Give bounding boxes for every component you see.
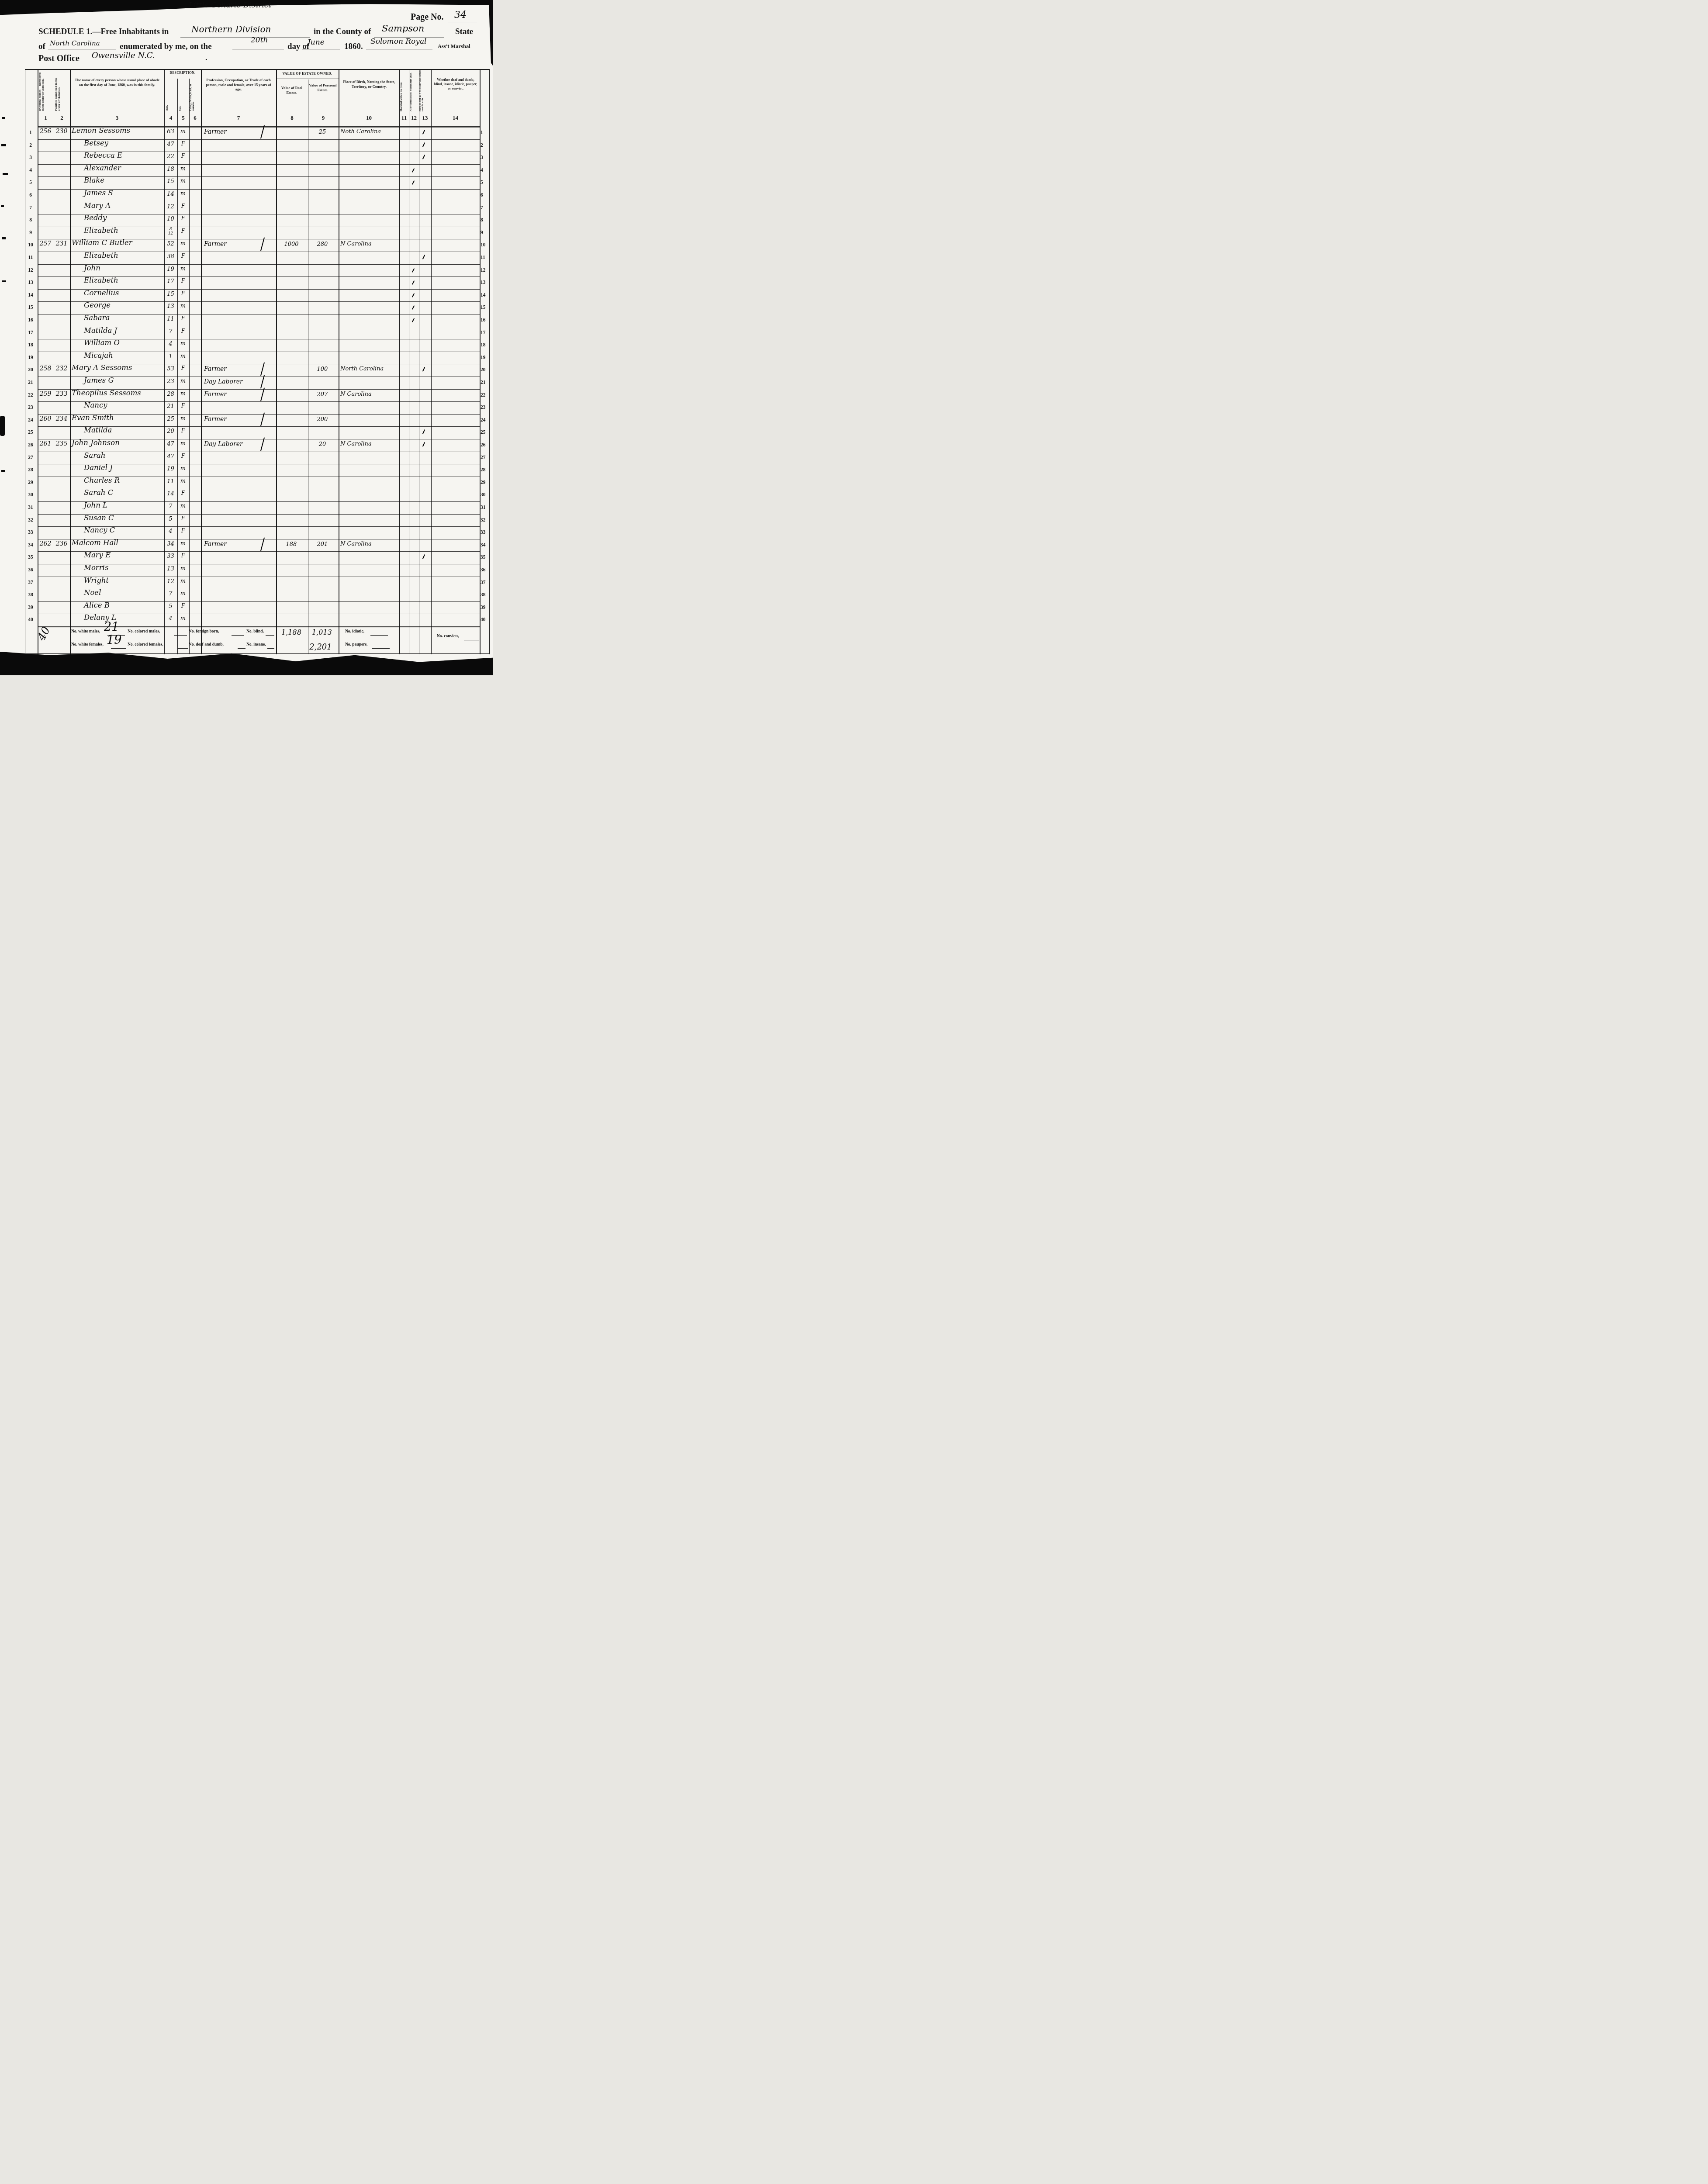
personal-estate-value: 20 — [308, 441, 337, 448]
grid-vline — [38, 69, 38, 654]
person-name: Mary E — [84, 551, 111, 559]
column-number-3: 3 — [70, 114, 164, 121]
grid-vline — [70, 69, 71, 654]
person-name: William O — [84, 339, 120, 347]
footer-label: No. white males, — [71, 629, 100, 634]
column-number-10: 10 — [339, 114, 399, 121]
grid-vline — [409, 69, 409, 654]
sex-value: F — [177, 141, 189, 147]
attended-school-tick — [412, 305, 415, 310]
row-number-right: 2 — [481, 142, 489, 149]
row-number-right: 25 — [481, 429, 489, 435]
district-annotation: Little Coharie District — [189, 1, 271, 10]
footer-blank — [111, 648, 126, 649]
personal-estate-value: 200 — [308, 416, 337, 423]
census-table: DESCRIPTION.VALUE OF ESTATE OWNED.Dwelli… — [0, 0, 493, 675]
dwelling-number: 258 — [38, 365, 53, 372]
sex-value: F — [177, 403, 189, 409]
age-value: 28 — [164, 391, 177, 397]
row-number-left: 19 — [25, 355, 36, 361]
sex-value: F — [177, 203, 189, 210]
sex-value: F — [177, 453, 189, 460]
footer-label: No. foreign born, — [189, 629, 219, 634]
age-value: 812 — [164, 228, 177, 236]
grid-vline — [419, 69, 419, 654]
person-name: Evan Smith — [72, 414, 114, 422]
row-number-right: 30 — [481, 492, 489, 498]
person-name: Cornelius — [84, 289, 119, 297]
age-value: 15 — [164, 291, 177, 297]
column-number-13: 13 — [419, 114, 431, 121]
row-number-right: 40 — [481, 617, 489, 623]
person-name: Morris — [84, 563, 108, 572]
age-value: 18 — [164, 166, 177, 173]
column-number-11: 11 — [399, 114, 409, 121]
footer-label: No. colored males, — [128, 629, 160, 634]
row-number-right: 26 — [481, 442, 489, 448]
row-number-right: 38 — [481, 592, 489, 598]
row-number-left: 24 — [25, 417, 36, 423]
real-estate-total: 1,188 — [276, 628, 307, 636]
row-number-left: 15 — [25, 304, 36, 311]
sex-value: m — [177, 378, 189, 384]
column-header-14: Whether deaf and dumb, blind, insane, id… — [432, 78, 479, 91]
column-number-5: 5 — [177, 114, 189, 121]
row-number-right: 23 — [481, 404, 489, 411]
row-number-right: 32 — [481, 517, 489, 523]
age-value: 63 — [164, 128, 177, 135]
person-name: Alexander — [84, 164, 121, 172]
row-number-left: 27 — [25, 455, 36, 461]
age-value: 23 — [164, 378, 177, 385]
sex-value: m — [177, 478, 189, 484]
sex-value: m — [177, 190, 189, 197]
row-number-right: 18 — [481, 342, 489, 348]
column-header-7: Profession, Occupation, or Trade of each… — [204, 78, 273, 92]
age-value: 21 — [164, 403, 177, 410]
row-number-right: 10 — [481, 242, 489, 248]
person-name: Noel — [84, 588, 101, 597]
family-number: 235 — [54, 440, 69, 447]
row-number-right: 39 — [481, 605, 489, 611]
sex-value: m — [177, 415, 189, 422]
age-value: 14 — [164, 491, 177, 497]
estate-group-header: VALUE OF ESTATE OWNED. — [276, 72, 339, 76]
personal-estate-value: 25 — [308, 129, 337, 135]
row-number-left: 1 — [25, 130, 36, 136]
row-number-left: 25 — [25, 429, 36, 435]
row-number-left: 26 — [25, 442, 36, 448]
footer-blank — [464, 640, 479, 640]
footer-blank — [266, 635, 274, 636]
age-value: 12 — [164, 578, 177, 585]
row-number-left: 35 — [25, 554, 36, 560]
attended-school-tick — [412, 318, 415, 322]
dwelling-number: 260 — [38, 415, 53, 422]
grid-vline — [399, 69, 400, 654]
person-name: Matilda J — [84, 326, 117, 335]
age-value: 53 — [164, 366, 177, 372]
occupation-value: Farmer — [204, 391, 227, 398]
sex-value: m — [177, 128, 189, 135]
row-number-left: 2 — [25, 142, 36, 149]
row-number-right: 27 — [481, 455, 489, 461]
family-number: 236 — [54, 540, 69, 547]
age-value: 11 — [164, 316, 177, 322]
personal-estate-value: 100 — [308, 366, 337, 373]
row-number-right: 35 — [481, 554, 489, 560]
age-value: 13 — [164, 303, 177, 310]
person-name: Lemon Sessoms — [72, 126, 130, 135]
row-number-left: 16 — [25, 317, 36, 323]
person-name: Mary A Sessoms — [72, 363, 132, 372]
number-row-top-rule — [38, 112, 480, 112]
cannot-read-write-tick — [422, 429, 425, 434]
cannot-read-write-tick — [422, 155, 425, 159]
column-header-10: Place of Birth, Naming the State, Territ… — [340, 79, 398, 89]
row-number-left: 5 — [25, 180, 36, 186]
age-value: 13 — [164, 566, 177, 572]
paupers-label: No. paupers, — [345, 643, 367, 647]
age-value: 15 — [164, 178, 177, 185]
dwelling-number: 259 — [38, 390, 53, 397]
row-number-left: 20 — [25, 367, 36, 373]
row-number-right: 19 — [481, 355, 489, 361]
sex-value: F — [177, 365, 189, 372]
sex-value: F — [177, 315, 189, 322]
footer-label: No. insane, — [246, 643, 266, 647]
column-header-11: Married within the year. — [400, 71, 408, 111]
person-name: John Johnson — [72, 439, 120, 447]
row-number-left: 7 — [25, 205, 36, 211]
occupation-value: Farmer — [204, 366, 227, 373]
row-number-right: 11 — [481, 255, 489, 261]
row-number-right: 12 — [481, 267, 489, 273]
attended-school-tick — [412, 293, 415, 297]
age-value: 17 — [164, 278, 177, 285]
column-number-1: 1 — [38, 114, 54, 121]
row-number-left: 18 — [25, 342, 36, 348]
footer-blank — [232, 635, 244, 636]
birthplace-value: N Carolina — [340, 391, 372, 397]
sex-value: F — [177, 515, 189, 522]
age-value: 47 — [164, 441, 177, 447]
person-name: James G — [84, 376, 114, 384]
age-value: 25 — [164, 416, 177, 422]
age-value: 1 — [164, 353, 177, 360]
attended-school-tick — [412, 280, 415, 285]
row-number-right: 37 — [481, 580, 489, 586]
row-number-left: 12 — [25, 267, 36, 273]
age-value: 19 — [164, 466, 177, 472]
description-group-header: DESCRIPTION. — [164, 71, 201, 75]
sex-value: F — [177, 328, 189, 335]
row-number-right: 13 — [481, 280, 489, 286]
occupation-value: Farmer — [204, 241, 227, 248]
column-number-2: 2 — [54, 114, 70, 121]
column-header-9: Value of Personal Estate. — [309, 83, 337, 92]
person-name: George — [84, 301, 111, 309]
dwelling-number: 262 — [38, 540, 53, 547]
family-number: 231 — [54, 240, 69, 247]
dwelling-number: 261 — [38, 440, 53, 447]
column-number-4: 4 — [164, 114, 177, 121]
row-number-right: 29 — [481, 480, 489, 486]
sex-value: F — [177, 228, 189, 235]
family-number: 233 — [54, 390, 69, 397]
row-rule — [38, 264, 480, 265]
row-number-left: 9 — [25, 230, 36, 236]
sex-value: m — [177, 565, 189, 572]
row-number-left: 10 — [25, 242, 36, 248]
footer-label: No. white females, — [71, 643, 104, 647]
sex-value: m — [177, 503, 189, 509]
occupation-value: Farmer — [204, 541, 227, 548]
footer-blank — [177, 648, 188, 649]
row-number-right: 16 — [481, 317, 489, 323]
row-number-right: 22 — [481, 392, 489, 398]
person-name: Nancy — [84, 401, 107, 409]
age-value: 22 — [164, 153, 177, 160]
sex-value: m — [177, 615, 189, 622]
row-number-left: 11 — [25, 255, 36, 261]
row-number-left: 39 — [25, 605, 36, 611]
personal-estate-value: 201 — [308, 541, 337, 548]
cannot-read-write-tick — [422, 255, 425, 259]
sex-value: F — [177, 490, 189, 497]
birthplace-value: N Carolina — [340, 241, 372, 247]
combined-estate-total: 2,201 — [303, 643, 338, 652]
age-value: 12 — [164, 204, 177, 210]
column-header-1: Dwelling-houses— numbered in the order o… — [38, 72, 52, 111]
row-number-left: 23 — [25, 404, 36, 411]
footer-blank — [372, 648, 390, 649]
white-males-count: 21 — [104, 620, 119, 634]
row-number-left: 29 — [25, 480, 36, 486]
column-number-9: 9 — [308, 114, 339, 121]
person-name: Matilda — [84, 426, 112, 434]
column-number-14: 14 — [431, 114, 480, 121]
footer-blank — [370, 635, 388, 636]
person-name: Malcom Hall — [72, 539, 118, 547]
age-value: 14 — [164, 191, 177, 197]
age-value: 38 — [164, 253, 177, 260]
real-estate-value: 188 — [276, 541, 307, 548]
grid-vline — [54, 69, 54, 654]
person-name: John — [84, 264, 100, 272]
row-number-right: 5 — [481, 180, 489, 186]
person-name: Micajah — [84, 351, 113, 359]
family-number: 230 — [54, 128, 69, 135]
person-name: Rebecca E — [84, 151, 122, 159]
white-females-count: 19 — [107, 633, 121, 647]
row-number-left: 14 — [25, 292, 36, 298]
footer-label: No. blind, — [246, 629, 264, 634]
row-number-left: 17 — [25, 330, 36, 336]
occupation-value: Farmer — [204, 416, 227, 423]
sex-value: m — [177, 465, 189, 472]
family-number: 234 — [54, 415, 69, 422]
column-header-5: Sex. — [179, 80, 188, 111]
sex-value: m — [177, 340, 189, 347]
age-value: 34 — [164, 541, 177, 547]
column-header-3: The name of every person whose usual pla… — [74, 78, 160, 87]
row-number-left: 13 — [25, 280, 36, 286]
grid-vline — [431, 69, 432, 654]
sex-value: F — [177, 278, 189, 284]
sex-value: m — [177, 303, 189, 309]
convicts-label: No. convicts, — [437, 634, 459, 639]
age-value: 7 — [164, 591, 177, 597]
sex-value: F — [177, 553, 189, 559]
birthplace-value: Noth Carolina — [340, 128, 381, 135]
age-value: 7 — [164, 503, 177, 510]
person-name: Elizabeth — [84, 226, 118, 235]
age-value: 33 — [164, 553, 177, 560]
grid-vline — [339, 69, 339, 654]
personal-estate-value: 207 — [308, 391, 337, 398]
row-number-right: 9 — [481, 230, 489, 236]
row-number-left: 22 — [25, 392, 36, 398]
footer-blank — [174, 635, 187, 636]
person-name: William C Butler — [72, 238, 132, 247]
sex-value: F — [177, 603, 189, 609]
age-value: 19 — [164, 266, 177, 273]
table-bottom-rule — [25, 653, 489, 654]
sex-value: F — [177, 215, 189, 222]
footer-blank — [238, 648, 245, 649]
age-value: 4 — [164, 528, 177, 535]
dwelling-number: 257 — [38, 240, 53, 247]
footer-label: No. colored females, — [128, 643, 163, 647]
sex-value: m — [177, 166, 189, 172]
row-number-left: 38 — [25, 592, 36, 598]
row-number-left: 37 — [25, 580, 36, 586]
row-number-left: 4 — [25, 167, 36, 173]
row-number-left: 31 — [25, 505, 36, 511]
row-number-right: 24 — [481, 417, 489, 423]
table-bottom-rule2 — [25, 655, 489, 655]
row-number-left: 33 — [25, 529, 36, 536]
sex-value: m — [177, 240, 189, 247]
dwelling-number: 256 — [38, 128, 53, 135]
grid-vline — [276, 69, 277, 654]
grid-vline — [489, 69, 490, 654]
table-top-rule — [25, 69, 489, 70]
person-name: James S — [84, 189, 113, 197]
occupation-value: Day Laborer — [204, 378, 243, 385]
birthplace-value: North Carolina — [340, 366, 384, 372]
person-name: Sabara — [84, 314, 110, 322]
person-name: Nancy C — [84, 526, 115, 534]
cannot-read-write-tick — [422, 442, 425, 447]
sex-value: F — [177, 253, 189, 259]
row-number-right: 17 — [481, 330, 489, 336]
row-number-right: 34 — [481, 542, 489, 548]
row-number-right: 6 — [481, 192, 489, 198]
idiotic-label: No. idiotic, — [345, 629, 364, 634]
sex-value: m — [177, 266, 189, 272]
sex-value: F — [177, 153, 189, 159]
row-number-right: 8 — [481, 217, 489, 223]
personal-estate-total: 1,013 — [307, 628, 337, 636]
person-name: Theopilus Sessoms — [72, 389, 141, 397]
age-value: 7 — [164, 328, 177, 335]
row-number-right: 7 — [481, 205, 489, 211]
row-number-right: 1 — [481, 130, 489, 136]
row-number-left: 3 — [25, 155, 36, 161]
column-header-13: Persons over 20 y'rs of age who cannot r… — [419, 70, 431, 111]
sex-value: F — [177, 290, 189, 297]
sex-value: m — [177, 440, 189, 447]
row-number-right: 15 — [481, 304, 489, 311]
age-value: 5 — [164, 603, 177, 610]
attended-school-tick — [412, 268, 415, 273]
row-number-right: 4 — [481, 167, 489, 173]
column-header-2: Families numbered in the order of visita… — [55, 72, 69, 111]
row-number-right: 28 — [481, 467, 489, 473]
column-number-7: 7 — [201, 114, 276, 121]
row-number-left: 36 — [25, 567, 36, 573]
person-name: Elizabeth — [84, 251, 118, 259]
sex-value: m — [177, 178, 189, 184]
sex-value: F — [177, 528, 189, 534]
row-number-left: 32 — [25, 517, 36, 523]
person-name: Betsey — [84, 139, 108, 147]
occupation-value: Day Laborer — [204, 441, 243, 448]
birthplace-value: N Carolina — [340, 541, 372, 547]
sex-value: F — [177, 428, 189, 434]
person-name: Alice B — [84, 601, 110, 609]
age-value: 47 — [164, 141, 177, 148]
age-value: 5 — [164, 516, 177, 522]
column-number-12: 12 — [409, 114, 419, 121]
sex-value: m — [177, 578, 189, 584]
sex-value: m — [177, 540, 189, 547]
row-number-right: 20 — [481, 367, 489, 373]
row-number-left: 6 — [25, 192, 36, 198]
cannot-read-write-tick — [422, 130, 425, 135]
column-header-8: Value of Real Estate. — [277, 86, 307, 95]
age-value: 10 — [164, 216, 177, 222]
attended-school-tick — [412, 180, 415, 185]
age-value: 47 — [164, 453, 177, 460]
person-name: Sarah C — [84, 488, 113, 497]
occupation-value: Farmer — [204, 128, 227, 135]
birthplace-value: N Carolina — [340, 441, 372, 447]
person-name: Blake — [84, 176, 104, 184]
age-value: 4 — [164, 341, 177, 347]
row-number-right: 21 — [481, 380, 489, 386]
footer-label: No. deaf and dumb, — [189, 643, 224, 647]
person-name: John L — [84, 501, 107, 509]
row-rule — [38, 589, 480, 589]
row-number-left: 28 — [25, 467, 36, 473]
row-number-right: 36 — [481, 567, 489, 573]
person-name: Elizabeth — [84, 276, 118, 284]
row-number-right: 3 — [481, 155, 489, 161]
person-name: Daniel J — [84, 463, 113, 472]
description-group-rule — [164, 78, 201, 78]
row-number-left: 8 — [25, 217, 36, 223]
footer-blank — [267, 648, 274, 649]
grid-vline — [201, 69, 202, 654]
row-number-right: 33 — [481, 529, 489, 536]
family-number: 232 — [54, 365, 69, 372]
row-number-left: 34 — [25, 542, 36, 548]
column-header-6: Color, { White, black, or mulatto. — [190, 79, 201, 111]
sex-value: m — [177, 590, 189, 597]
